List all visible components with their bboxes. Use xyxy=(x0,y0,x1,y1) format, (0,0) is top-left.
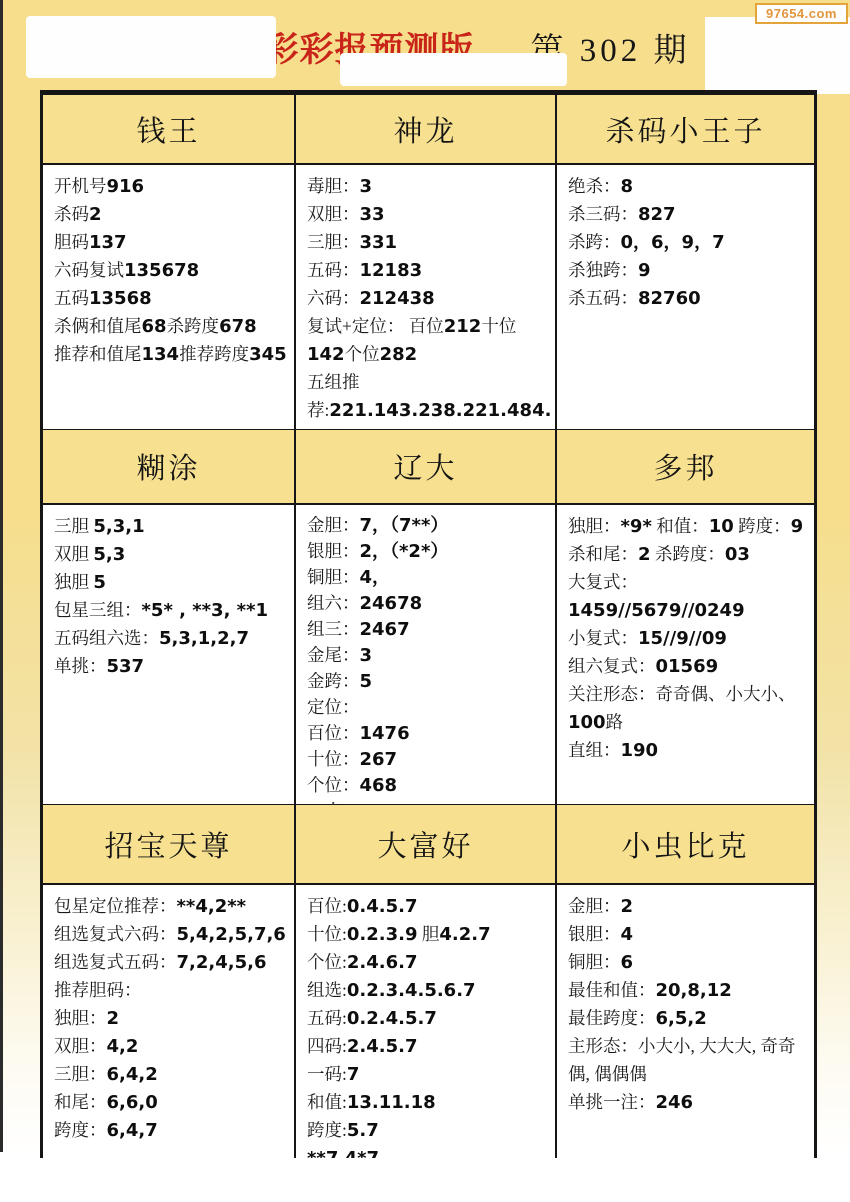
value-text: 9 xyxy=(791,516,804,537)
panel-header-dafuhao: 大富好 xyxy=(295,804,556,884)
panel-header-shama-xiaowangzi: 杀码小王子 xyxy=(556,94,815,164)
label-text: 杀俩和值尾 xyxy=(54,316,142,336)
value-text: 15//9//09 xyxy=(638,628,727,649)
prediction-line: 铜胆：4， xyxy=(307,565,549,591)
value-text: 0，6，9，7 xyxy=(621,232,725,253)
prediction-line: 毒胆：3 xyxy=(307,173,549,201)
value-text: 100 xyxy=(568,712,606,733)
value-text: 2.4.5.7 xyxy=(347,1036,418,1057)
value-text: *9* xyxy=(621,516,652,537)
value-text: 134 xyxy=(142,344,180,365)
label-text: 杀跨： xyxy=(568,232,621,252)
prediction-line: 和尾：6,6,0 xyxy=(54,1089,288,1117)
label-text: 金跨： xyxy=(307,671,360,691)
panel-content-liaoda: 金胆：7，（7**）银胆：2，（*2*）铜胆：4，组六：24678组三：2467… xyxy=(295,504,556,804)
panel-content-hutu: 三胆 5,3,1双胆 5,3独胆 5包星三组：*5* , **3, **1五码组… xyxy=(42,504,295,804)
label-text: 银胆： xyxy=(568,924,621,944)
prediction-line: 包星定位推荐：**4,2** xyxy=(54,893,288,921)
label-text: 单挑一注： xyxy=(568,1092,656,1112)
value-text: 33 xyxy=(360,204,385,225)
label-text: 推荐胆码： xyxy=(54,980,142,1000)
value-text: 2 xyxy=(89,204,102,225)
prediction-line: 三胆：6,4,2 xyxy=(54,1061,288,1089)
label-text: 十位: xyxy=(307,924,347,944)
label-text: 单挑： xyxy=(54,656,107,676)
value-text: 246 xyxy=(656,1092,694,1113)
value-text: 2，（*2*） xyxy=(360,541,449,562)
label-text: 复试+定位： 百位 xyxy=(307,316,444,336)
label-text: 奇奇偶、小大小、 xyxy=(656,684,796,704)
value-text: **7 4*7 xyxy=(307,1148,379,1158)
label-text: 杀码 xyxy=(54,204,89,224)
prediction-line: 小复式：15//9//09 xyxy=(568,625,808,653)
prediction-line: 组六：24678 xyxy=(307,591,549,617)
value-text: 0.2.3.9 xyxy=(347,924,418,945)
label-text: 四码: xyxy=(307,1036,347,1056)
prediction-line: 百位：1476 xyxy=(307,721,549,747)
panel-header-xiaochong-bike: 小虫比克 xyxy=(556,804,815,884)
prediction-line: 跨度:5.7 xyxy=(307,1117,549,1145)
value-text: 3 xyxy=(360,176,373,197)
label-text: 三胆： xyxy=(307,232,360,252)
prediction-line: 双胆：4,2 xyxy=(54,1033,288,1061)
prediction-line: 百位:0.4.5.7 xyxy=(307,893,549,921)
label-text: 关注形态： xyxy=(568,684,656,704)
prediction-line: 五码:0.2.4.5.7 xyxy=(307,1005,549,1033)
value-text: 2 xyxy=(638,544,651,565)
prediction-line: 直组：190 xyxy=(568,737,808,765)
label-text: 六码复试 xyxy=(54,260,124,280)
label-text: 定位： xyxy=(307,697,360,717)
value-text: 468 xyxy=(360,775,398,796)
prediction-line: 铜胆：6 xyxy=(568,949,808,977)
label-text: 开机号 xyxy=(54,176,107,196)
label-text: 铜胆： xyxy=(307,567,360,587)
value-text: 6 xyxy=(621,952,634,973)
label-text: 五码组六选： xyxy=(54,628,159,648)
site-watermark[interactable]: 97654.com xyxy=(755,3,848,24)
prediction-line: 六码：212438 xyxy=(307,285,549,313)
prediction-line: 推荐胆码： xyxy=(54,977,288,1005)
prediction-line: 绝杀：8 xyxy=(568,173,808,201)
label-text: 个位 xyxy=(345,344,380,364)
value-text: 678 xyxy=(219,316,257,337)
label-text: 五码 xyxy=(54,288,89,308)
label-text: 一码: xyxy=(307,1064,347,1084)
label-text: 组选复式六码： xyxy=(54,924,177,944)
value-text: 5,4,2,5,7,6 xyxy=(177,924,286,945)
prediction-line: 开机号916 xyxy=(54,173,288,201)
prediction-line: 组选:0.2.3.4.5.6.7 xyxy=(307,977,549,1005)
value-text: 916 xyxy=(107,176,145,197)
prediction-line: 四码:2.4.5.7 xyxy=(307,1033,549,1061)
prediction-line: 独胆：*9* 和值：10 跨度：9 杀和尾：2 杀跨度：03 xyxy=(568,513,808,569)
prediction-line: 银胆：2，（*2*） xyxy=(307,539,549,565)
label-text: 六码： xyxy=(307,288,360,308)
prediction-line: 胆码137 xyxy=(54,229,288,257)
value-text: 0.4.5.7 xyxy=(347,896,418,917)
prediction-line: 推荐和值尾134推荐跨度345 xyxy=(54,341,288,369)
value-text: 5,3,1,2,7 xyxy=(159,628,249,649)
prediction-line: 跨度：6,4,7 xyxy=(54,1117,288,1145)
value-text: 6,5,2 xyxy=(656,1008,707,1029)
prediction-line: 五码13568 xyxy=(54,285,288,313)
label-text: 胆码 xyxy=(54,232,89,252)
value-text: 9 xyxy=(638,260,651,281)
prediction-line: 金跨：5 xyxy=(307,669,549,695)
prediction-line: 五码：12183 xyxy=(307,257,549,285)
panel-header-hutu: 糊涂 xyxy=(42,429,295,504)
value-text: 135678 xyxy=(124,260,199,281)
label-text: 杀跨度 xyxy=(167,316,220,336)
redacted-area-left xyxy=(26,16,276,78)
value-text: 267 xyxy=(360,749,398,770)
label-text: 组选: xyxy=(307,980,347,1000)
panel-content-duobang: 独胆：*9* 和值：10 跨度：9 杀和尾：2 杀跨度：03大复式：1459//… xyxy=(556,504,815,804)
prediction-line: 独胆：2 xyxy=(54,1005,288,1033)
prediction-line: 金胆：2 xyxy=(568,893,808,921)
prediction-line: 杀跨：0，6，9，7 xyxy=(568,229,808,257)
prediction-line: 复试+定位： 百位212十位142个位282 xyxy=(307,313,549,369)
value-text: 4,2 xyxy=(107,1036,139,1057)
value-text: 2 xyxy=(621,896,634,917)
panel-content-qianwang: 开机号916杀码2胆码137六码复试135678五码13568杀俩和值尾68杀跨… xyxy=(42,164,295,429)
label-text: 和尾： xyxy=(54,1092,107,1112)
label-text: 金尾： xyxy=(307,645,360,665)
label-text: 独胆 xyxy=(54,572,93,592)
value-text: 5.7 xyxy=(347,1120,379,1141)
prediction-line: 十位：267 xyxy=(307,747,549,773)
prediction-line: 杀三码：827 xyxy=(568,201,808,229)
label-text: 百位： xyxy=(307,723,360,743)
prediction-line: 单挑一注：246 xyxy=(568,1089,808,1117)
label-text: 绝杀： xyxy=(568,176,621,196)
label-text: 大复式： xyxy=(568,572,638,592)
label-text: 双胆： xyxy=(54,1036,107,1056)
value-text: 3 xyxy=(360,645,373,666)
prediction-line: 组六复式：01569 xyxy=(568,653,808,681)
prediction-line: 一码:7 xyxy=(307,1061,549,1089)
value-text: 827 xyxy=(638,204,676,225)
label-text: 独胆： xyxy=(568,516,621,536)
label-text: 金胆： xyxy=(307,515,360,535)
value-text: 6,4,2 xyxy=(107,1064,158,1085)
value-text: 4.2.7 xyxy=(439,924,490,945)
label-text: 最佳跨度： xyxy=(568,1008,656,1028)
panel-content-shama-xiaowangzi: 绝杀：8杀三码：827杀跨：0，6，9，7杀独跨：9杀五码：82760 xyxy=(556,164,815,429)
value-text: 68 xyxy=(142,316,167,337)
value-text: 12183 xyxy=(360,260,423,281)
prediction-line: **7 4*7 xyxy=(307,1145,549,1158)
value-text: 345 xyxy=(249,344,287,365)
label-text: 组三： xyxy=(307,619,360,639)
prediction-line: 杀五码：82760 xyxy=(568,285,808,313)
panel-header-shenlong: 神龙 xyxy=(295,94,556,164)
value-text: 282 xyxy=(380,344,418,365)
lottery-prediction-sheet: 牛彩彩报预测版 第 302 期 97654.com 钱王 神龙 杀码小王子 开机… xyxy=(0,0,850,1202)
prediction-line: 双胆：33 xyxy=(307,201,549,229)
prediction-line: 三胆：331 xyxy=(307,229,549,257)
value-text: 190 xyxy=(621,740,659,761)
value-text: 13.11.18 xyxy=(347,1092,436,1113)
value-text: *5* , **3, **1 xyxy=(142,600,269,621)
value-text: 142 xyxy=(307,344,345,365)
value-text: 7，（7**） xyxy=(360,515,449,536)
prediction-line: 六码复试135678 xyxy=(54,257,288,285)
label-text: 十位： xyxy=(307,749,360,769)
page-left-edge xyxy=(0,0,3,1152)
label-text: 双胆： xyxy=(307,204,360,224)
prediction-line: 金胆：7，（7**） xyxy=(307,513,549,539)
value-text: 6,4,7 xyxy=(107,1120,158,1141)
label-text: 杀五码： xyxy=(568,288,638,308)
prediction-line: 十位:0.2.3.9 胆4.2.7 xyxy=(307,921,549,949)
value-text: 212438 xyxy=(360,288,435,309)
value-text: 5 xyxy=(360,671,373,692)
label-text: 和值： xyxy=(652,516,709,536)
label-text: 组选复式五码： xyxy=(54,952,177,972)
panel-header-qianwang: 钱王 xyxy=(42,94,295,164)
value-text: 8 xyxy=(621,176,634,197)
prediction-line: 最佳跨度：6,5,2 xyxy=(568,1005,808,1033)
prediction-line: 大复式：1459//5679//0249 xyxy=(568,569,808,625)
value-text: 0.2.4.5.7 xyxy=(347,1008,437,1029)
redacted-area-center xyxy=(340,53,567,86)
label-text: 百位: xyxy=(307,896,347,916)
label-text: 个位： xyxy=(307,775,360,795)
value-text: 2 xyxy=(107,1008,120,1029)
value-text: 137 xyxy=(89,232,127,253)
prediction-line: 和值:13.11.18 xyxy=(307,1089,549,1117)
value-text: 2467 xyxy=(360,619,410,640)
label-text: 五码： xyxy=(307,260,360,280)
panel-header-liaoda: 辽大 xyxy=(295,429,556,504)
prediction-line: 主形态：小大小, 大大大, 奇奇偶, 偶偶偶 xyxy=(568,1033,808,1089)
prediction-line: 最佳和值：20,8,12 xyxy=(568,977,808,1005)
prediction-line: 杀俩和值尾68杀跨度678 xyxy=(54,313,288,341)
value-text: 5,3 xyxy=(93,544,125,565)
label-text: 胆 xyxy=(418,924,440,944)
label-text: 和值: xyxy=(307,1092,347,1112)
prediction-line: 个位:2.4.6.7 xyxy=(307,949,549,977)
value-text: 4 xyxy=(621,924,634,945)
label-text: 推荐和值尾 xyxy=(54,344,142,364)
label-text: 跨度: xyxy=(307,1120,347,1140)
value-text: 03 xyxy=(725,544,750,565)
watermark-text: 97654.com xyxy=(766,6,837,21)
value-text: 20,8,12 xyxy=(656,980,732,1001)
prediction-line: 组选复式六码：5,4,2,5,7,6 xyxy=(54,921,288,949)
label-text: 主形态： xyxy=(568,1036,638,1056)
panel-header-zhaobao-tianzun: 招宝天尊 xyxy=(42,804,295,884)
value-text: 5,3,1 xyxy=(93,516,144,537)
prediction-line: 组选复式五码：7,2,4,5,6 xyxy=(54,949,288,977)
prediction-line: 金尾：3 xyxy=(307,643,549,669)
prediction-line: 关注形态：奇奇偶、小大小、100路 xyxy=(568,681,808,737)
value-text: **4,2** xyxy=(177,896,247,917)
value-text: 1476 xyxy=(360,723,410,744)
label-text: 金胆： xyxy=(568,896,621,916)
panel-content-xiaochong-bike: 金胆：2银胆：4铜胆：6最佳和值：20,8,12最佳跨度：6,5,2主形态：小大… xyxy=(556,884,815,1158)
value-text: 537 xyxy=(107,656,145,677)
prediction-line: 杀独跨：9 xyxy=(568,257,808,285)
value-text: 4， xyxy=(360,567,391,588)
prediction-line: 三胆 5,3,1 xyxy=(54,513,288,541)
label-text: 十位 xyxy=(481,316,516,336)
label-text: 包星三组： xyxy=(54,600,142,620)
label-text: 推荐跨度 xyxy=(179,344,249,364)
panel-header-duobang: 多邦 xyxy=(556,429,815,504)
label-text: 跨度： xyxy=(734,516,791,536)
prediction-table: 钱王 神龙 杀码小王子 开机号916杀码2胆码137六码复试135678五码13… xyxy=(40,90,817,1158)
prediction-line: 包星三组：*5* , **3, **1 xyxy=(54,597,288,625)
label-text: 包星定位推荐： xyxy=(54,896,177,916)
label-text: 双胆 xyxy=(54,544,93,564)
prediction-line: 单挑：537 xyxy=(54,653,288,681)
prediction-line: 双胆 5,3 xyxy=(54,541,288,569)
value-text: 5 xyxy=(93,572,106,593)
value-text: 01569 xyxy=(656,656,719,677)
label-text: 毒胆： xyxy=(307,176,360,196)
label-text: 铜胆： xyxy=(568,952,621,972)
label-text: 杀跨度： xyxy=(651,544,725,564)
label-text: 独胆： xyxy=(54,1008,107,1028)
prediction-line: 定位： xyxy=(307,695,549,721)
value-text: 10 xyxy=(709,516,734,537)
value-text: 0.2.3.4.5.6.7 xyxy=(347,980,476,1001)
label-text: 组六： xyxy=(307,593,360,613)
panel-content-dafuhao: 百位:0.4.5.7十位:0.2.3.9 胆4.2.7个位:2.4.6.7组选:… xyxy=(295,884,556,1158)
label-text: 杀三码： xyxy=(568,204,638,224)
label-text: 组六复式： xyxy=(568,656,656,676)
prediction-line: 五组推荐:221.143.238.221.484. xyxy=(307,369,549,425)
label-text: 个位: xyxy=(307,952,347,972)
label-text: 杀和尾： xyxy=(568,544,638,564)
label-text: 最佳和值： xyxy=(568,980,656,1000)
label-text: 三胆： xyxy=(54,1064,107,1084)
value-text: 2.4.6.7 xyxy=(347,952,418,973)
label-text: 杀独跨： xyxy=(568,260,638,280)
label-text: 五码: xyxy=(307,1008,347,1028)
value-text: 82760 xyxy=(638,288,701,309)
label-text: 跨度： xyxy=(54,1120,107,1140)
prediction-line: 个位：468 xyxy=(307,773,549,799)
value-text: 221.143.238.221.484. xyxy=(329,400,551,421)
label-text: 银胆： xyxy=(307,541,360,561)
label-text: 直组： xyxy=(568,740,621,760)
label-text: 小复式： xyxy=(568,628,638,648)
prediction-line: 组三：2467 xyxy=(307,617,549,643)
redacted-area-right xyxy=(705,17,850,94)
label-text: 三胆 xyxy=(54,516,93,536)
prediction-line: 五码组六选：5,3,1,2,7 xyxy=(54,625,288,653)
prediction-line: 独胆 5 xyxy=(54,569,288,597)
prediction-line: 杀码2 xyxy=(54,201,288,229)
value-text: 331 xyxy=(360,232,398,253)
label-text: 路 xyxy=(606,712,624,732)
value-text: 1459//5679//0249 xyxy=(568,600,745,621)
value-text: 212 xyxy=(444,316,482,337)
value-text: 7 xyxy=(347,1064,360,1085)
value-text: 7,2,4,5,6 xyxy=(177,952,267,973)
panel-content-shenlong: 毒胆：3双胆：33三胆：331五码：12183六码：212438复试+定位： 百… xyxy=(295,164,556,429)
prediction-line: 银胆：4 xyxy=(568,921,808,949)
value-text: 13568 xyxy=(89,288,152,309)
panel-content-zhaobao-tianzun: 包星定位推荐：**4,2**组选复式六码：5,4,2,5,7,6组选复式五码：7… xyxy=(42,884,295,1158)
value-text: 24678 xyxy=(360,593,423,614)
value-text: 6,6,0 xyxy=(107,1092,158,1113)
